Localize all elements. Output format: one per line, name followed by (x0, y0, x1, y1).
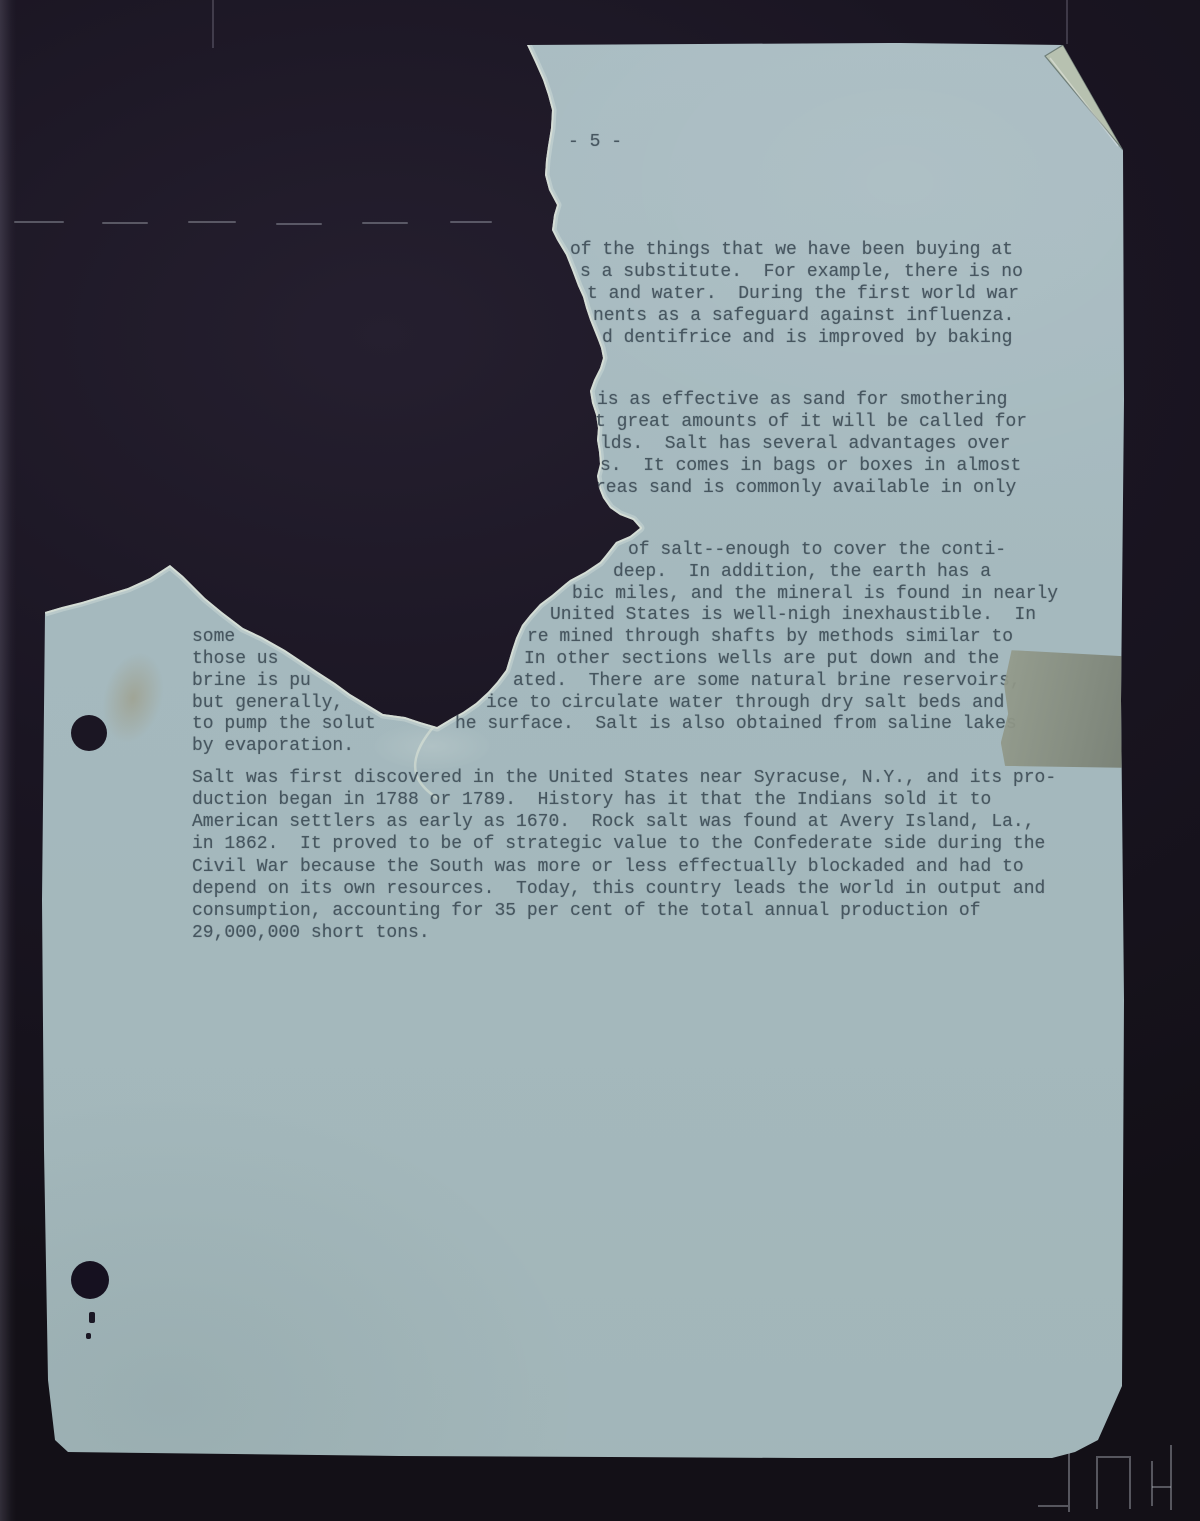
scanned-document-photo: { "colors": { "background": "#1a1522", "… (0, 0, 1200, 1521)
text-line-left: some (192, 627, 235, 647)
text-line: reas sand is commonly available in only (595, 478, 1016, 498)
text-line-left: those us (192, 649, 278, 669)
text-line: nents as a safeguard against influenza. (593, 306, 1014, 326)
text-line: consumption, accounting for 35 per cent … (192, 901, 981, 921)
text-line: Salt was first discovered in the United … (192, 768, 1056, 788)
text-line: depend on its own resources. Today, this… (192, 879, 1045, 899)
ink-speck (86, 1333, 91, 1339)
text-line: ated. There are some natural brine reser… (513, 671, 1021, 691)
text-line-left: brine is pu (192, 671, 311, 691)
text-line: American settlers as early as 1670. Rock… (192, 812, 1035, 832)
ink-speck (89, 1312, 95, 1323)
text-line: duction began in 1788 or 1789. History h… (192, 790, 991, 810)
text-line: of salt--enough to cover the conti- (628, 540, 1006, 560)
text-line: of the things that we have been buying a… (570, 240, 1013, 260)
text-line: he surface. Salt is also obtained from s… (455, 714, 1017, 734)
text-line: ice to circulate water through dry salt … (486, 693, 1004, 713)
text-line: deep. In addition, the earth has a (613, 562, 991, 582)
text-line: United States is well-nigh inexhaustible… (550, 605, 1036, 625)
text-line: In other sections wells are put down and… (524, 649, 999, 669)
text-line: is as effective as sand for smothering (597, 390, 1007, 410)
text-line: t great amounts of it will be called for (595, 412, 1027, 432)
text-line: re mined through shafts by methods simil… (527, 627, 1013, 647)
text-line-left: but generally, (192, 693, 343, 713)
tape-patch (1000, 650, 1130, 770)
text-line: d dentifrice and is improved by baking (602, 328, 1012, 348)
text-line-left: to pump the solut (192, 714, 376, 734)
text-line: s a substitute. For example, there is no (580, 262, 1023, 282)
text-line: bic miles, and the mineral is found in n… (572, 584, 1058, 604)
text-line: lds. Salt has several advantages over (600, 434, 1010, 454)
text-line-left: by evaporation. (192, 736, 354, 756)
punch-hole-top (71, 715, 107, 751)
punch-hole-bottom (71, 1261, 109, 1299)
text-line: in 1862. It proved to be of strategic va… (192, 834, 1045, 854)
text-line: 29,000,000 short tons. (192, 923, 430, 943)
text-line: Civil War because the South was more or … (192, 857, 1024, 877)
text-line: t and water. During the first world war (587, 284, 1019, 304)
text-line: s. It comes in bags or boxes in almost (600, 456, 1021, 476)
page-number: - 5 - (568, 132, 622, 152)
